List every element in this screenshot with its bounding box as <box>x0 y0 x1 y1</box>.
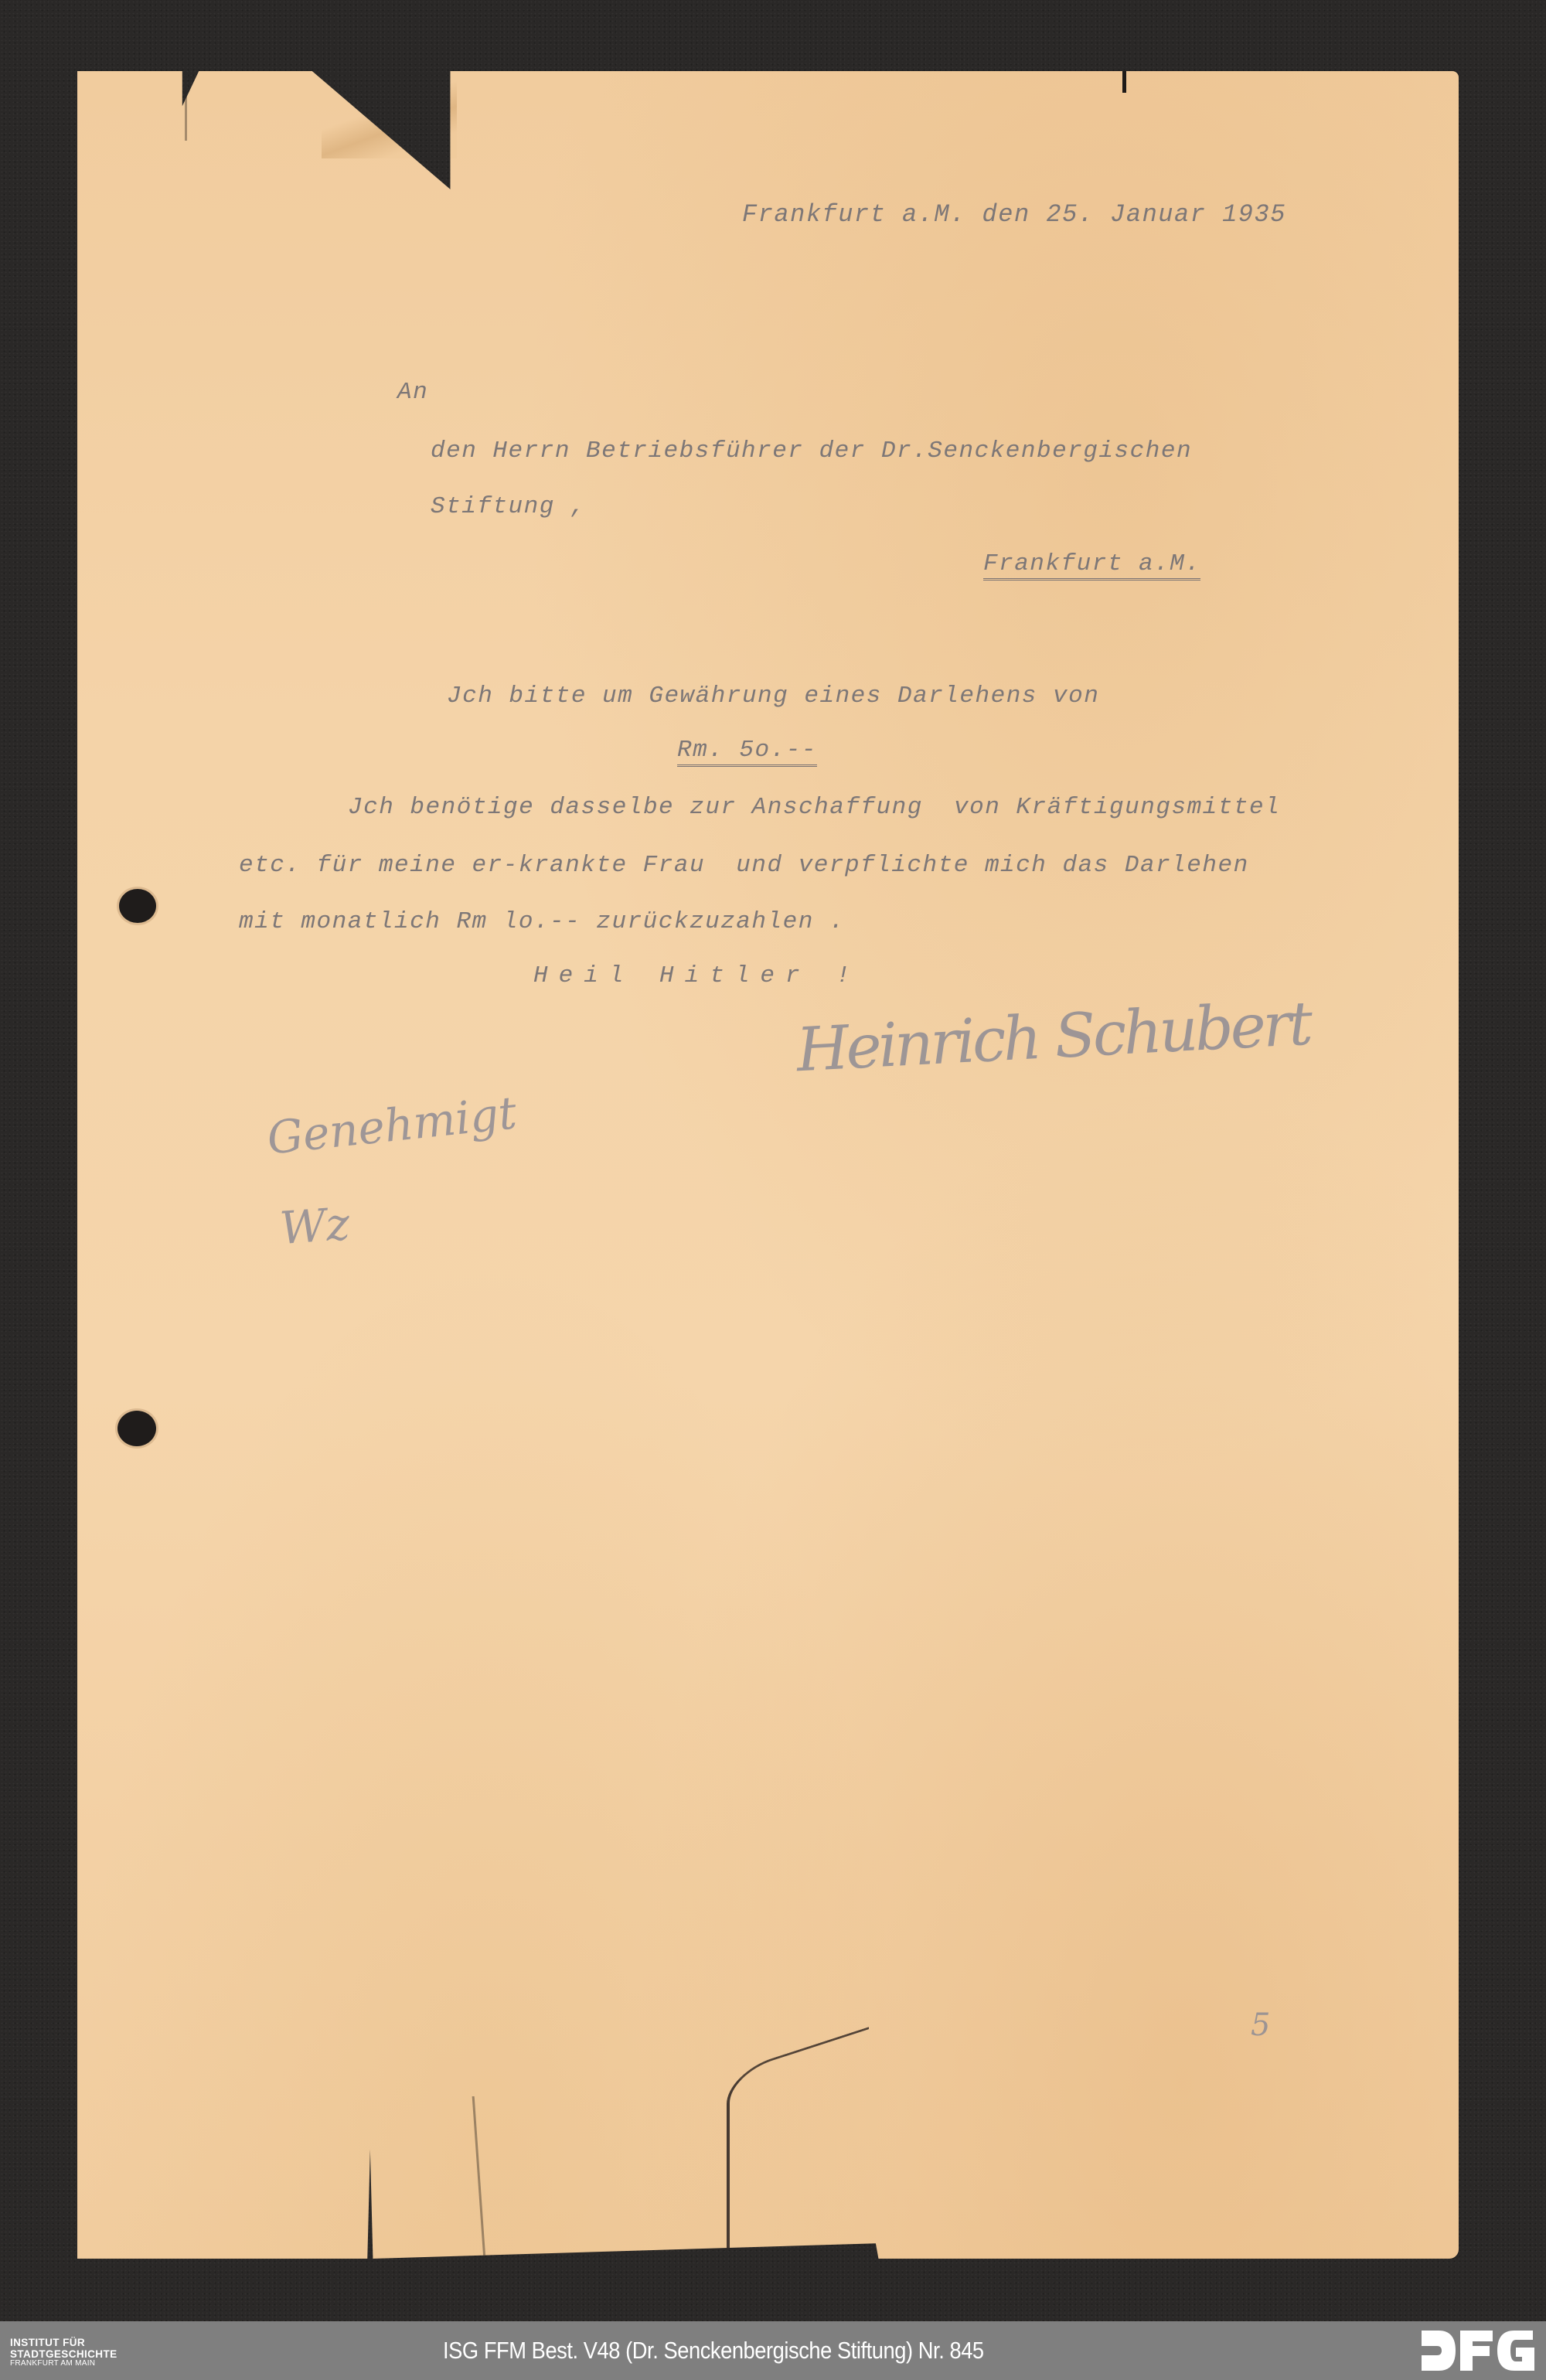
body-line-1: Jch benötige dasselbe zur Anschaffung vo… <box>348 795 1280 819</box>
request-line: Jch bitte um Gewährung eines Darlehens v… <box>447 684 1099 708</box>
archive-caption: ISG FFM Best. V48 (Dr. Senckenbergische … <box>443 2337 984 2365</box>
punch-hole <box>119 889 156 923</box>
paper-tear <box>472 2096 486 2259</box>
recipient-salutation: An <box>397 380 428 404</box>
paper-tear <box>1469 71 1471 117</box>
recipient-city: Frankfurt a.M. <box>983 552 1200 581</box>
recipient-line-1: den Herrn Betriebsführer der Dr.Senckenb… <box>431 439 1192 463</box>
institution-logo: INSTITUT FÜR STADTGESCHICHTE FRANKFURT A… <box>10 2337 117 2368</box>
closing-line: Heil Hitler ! <box>533 964 861 988</box>
recipient-line-2: Stiftung , <box>431 495 586 519</box>
loan-amount: Rm. 5o.-- <box>677 738 817 767</box>
handwritten-approval-note: Genehmigt <box>264 1086 519 1164</box>
folded-corner <box>322 77 457 158</box>
body-line-2: etc. für meine er-krankte Frau und verpf… <box>239 853 1249 877</box>
paper-tear <box>185 71 187 141</box>
dfg-logo-icon <box>1420 2329 1536 2372</box>
page-number-mark: 5 <box>1251 2007 1270 2043</box>
paper-tear <box>1122 71 1126 93</box>
punch-hole <box>117 1411 156 1446</box>
paper-tear <box>727 2027 869 2284</box>
handwritten-signature: Heinrich Schubert <box>795 989 1311 1086</box>
institution-location: FRANKFURT AM MAIN <box>10 2360 117 2368</box>
handwritten-initials: Wz <box>278 1197 352 1255</box>
body-line-3: mit monatlich Rm lo.-- zurückzuzahlen . <box>239 910 845 934</box>
archive-footer-bar: INSTITUT FÜR STADTGESCHICHTE FRANKFURT A… <box>0 2321 1546 2380</box>
date-line: Frankfurt a.M. den 25. Januar 1935 <box>742 203 1286 227</box>
institution-name-line-2: STADTGESCHICHTE <box>10 2349 117 2360</box>
archival-document-page: Frankfurt a.M. den 25. Januar 1935 An de… <box>77 71 1459 2259</box>
institution-name-line-1: INSTITUT FÜR <box>10 2337 117 2348</box>
